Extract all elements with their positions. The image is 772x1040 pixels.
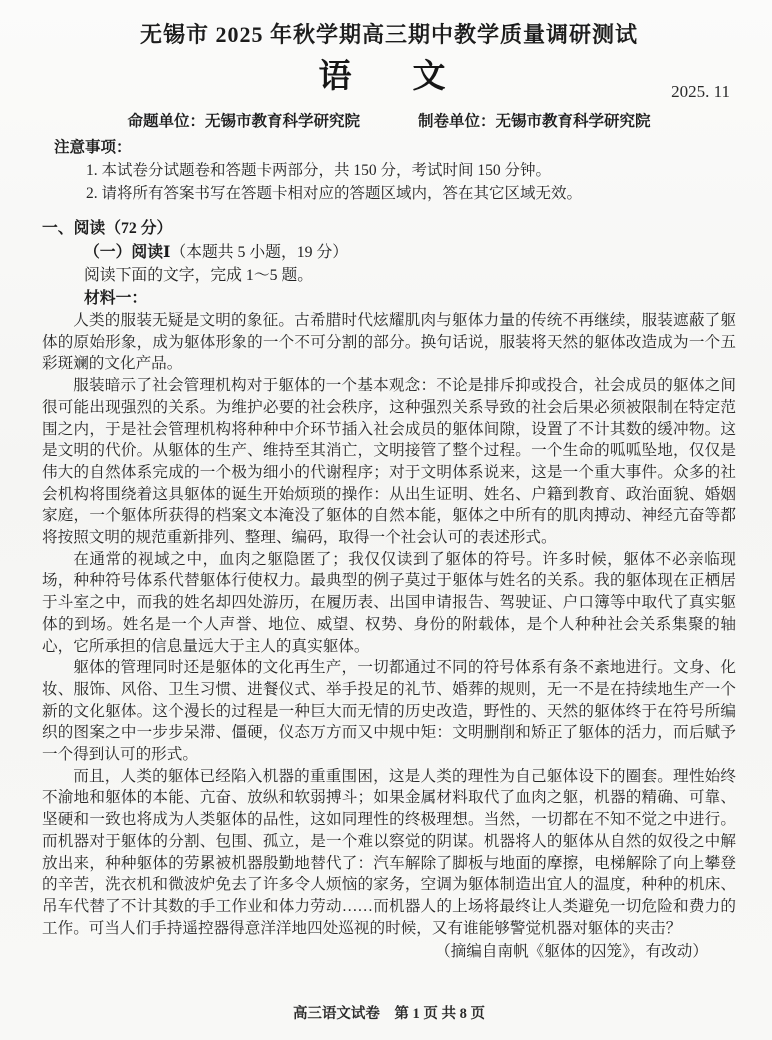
notice-label: 注意事项： (54, 136, 736, 159)
material-label: 材料一： (84, 287, 736, 310)
passage-paragraph-1: 人类的服装无疑是文明的象征。古希腊时代炫耀肌肉与躯体力量的传统不再继续，服装遮蔽… (42, 310, 736, 375)
notice-block: 注意事项： 1. 本试卷分试题卷和答题卡两部分，共 150 分，考试时间 150… (42, 136, 736, 205)
passage-body: 人类的服装无疑是文明的象征。古希腊时代炫耀肌肉与躯体力量的传统不再继续，服装遮蔽… (42, 310, 736, 939)
notice-item-1: 1. 本试卷分试题卷和答题卡两部分，共 150 分，考试时间 150 分钟。 (86, 159, 736, 182)
section-heading: 一、阅读（72 分） (42, 217, 736, 241)
setter-unit: 命题单位：无锡市教育科学研究院 (127, 110, 360, 134)
passage-paragraph-5: 而且，人类的躯体已经陷入机器的重重围困，这是人类的理性为自己躯体设下的圈套。理性… (42, 766, 736, 940)
subject-row: 语 文 2025. 11 (42, 52, 736, 104)
units-row: 命题单位：无锡市教育科学研究院 制卷单位：无锡市教育科学研究院 (42, 110, 736, 134)
subheading-bold: （一）阅读Ⅰ (84, 244, 170, 261)
notice-item-2: 2. 请将所有答案书写在答题卡相对应的答题区域内，答在其它区域无效。 (86, 182, 736, 205)
exam-date: 2025. 11 (671, 82, 730, 102)
reading-instruction: 阅读下面的文字，完成 1～5 题。 (84, 264, 736, 287)
passage-paragraph-2: 服装暗示了社会管理机构对于躯体的一个基本观念：不论是排斥抑或投合，社会成员的躯体… (42, 375, 736, 549)
printer-unit: 制卷单位：无锡市教育科学研究院 (418, 110, 651, 134)
exam-title: 无锡市 2025 年秋学期高三期中教学质量调研测试 (42, 20, 736, 50)
subject-title: 语 文 (42, 54, 736, 100)
subheading-rest: （本题共 5 小题，19 分） (170, 244, 348, 261)
section-subheading: （一）阅读Ⅰ（本题共 5 小题，19 分） (84, 241, 736, 264)
source-attribution: （摘编自南帆《躯体的囚笼》，有改动） (42, 939, 736, 965)
exam-paper-page: 无锡市 2025 年秋学期高三期中教学质量调研测试 语 文 2025. 11 命… (0, 0, 772, 1040)
passage-paragraph-3: 在通常的视域之中，血肉之躯隐匿了；我仅仅读到了躯体的符号。许多时候，躯体不必亲临… (42, 549, 736, 658)
page-footer: 高三语文试卷 第 1 页 共 8 页 (42, 1002, 736, 1030)
passage-paragraph-4: 躯体的管理同时还是躯体的文化再生产，一切都通过不同的符号体系有条不紊地进行。文身… (42, 657, 736, 766)
